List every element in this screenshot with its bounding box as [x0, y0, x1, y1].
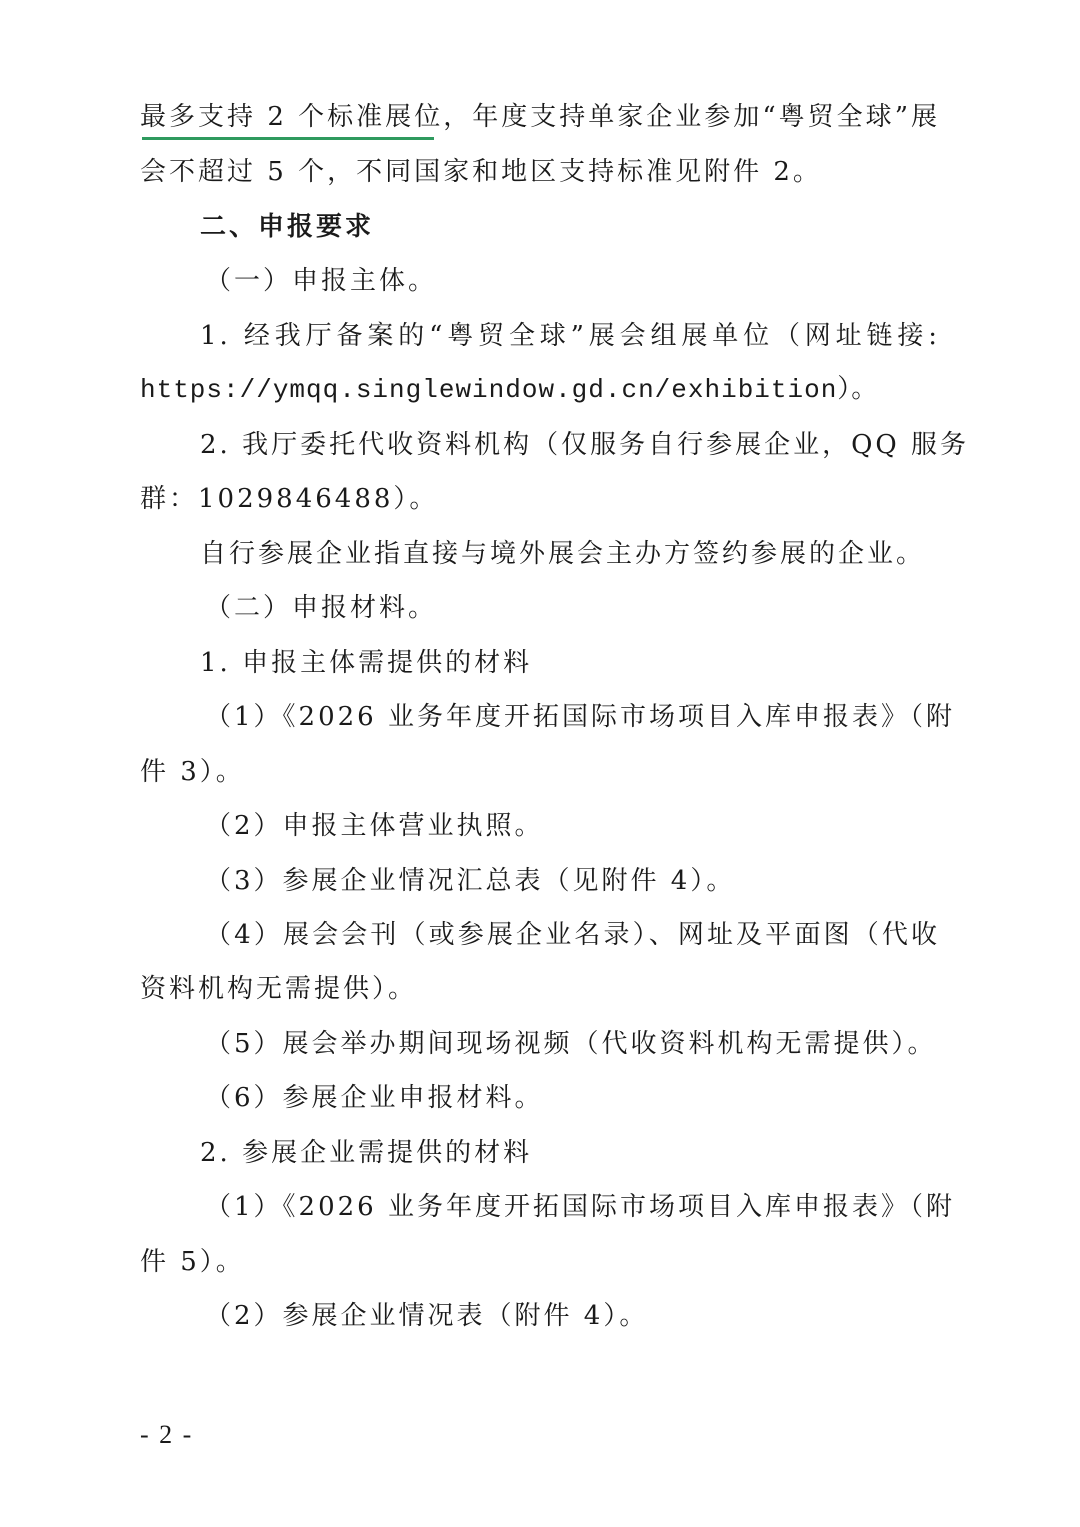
subsection-heading-materials: （二）申报材料。	[205, 591, 940, 625]
list-item: （2）参展企业情况表（附件 4）。	[205, 1299, 940, 1333]
section-heading-application-requirements: 二、申报要求	[200, 210, 940, 244]
list-item: （4）展会会刊（或参展企业名录）、网址及平面图（代收	[205, 918, 940, 952]
list-item-continuation: 件 5）。	[140, 1245, 940, 1279]
list-item-continuation: 资料机构无需提供）。	[140, 972, 940, 1006]
paragraph-line: 1. 经我厅备案的“粤贸全球”展会组展单位（网址链接:	[200, 319, 940, 353]
page-number: - 2 -	[140, 1420, 193, 1450]
qq-group-number-line: 群：1029846488）。	[140, 482, 940, 516]
document-page: 最多支持 2 个标准展位，年度支持单家企业参加“粤贸全球”展 会不超过 5 个，…	[0, 0, 1080, 1527]
list-item: （6）参展企业申报材料。	[205, 1081, 940, 1115]
list-item: （1）《2026 业务年度开拓国际市场项目入库申报表》（附	[205, 700, 940, 734]
list-item-continuation: 件 3）。	[140, 755, 940, 789]
paragraph-line: 最多支持 2 个标准展位，年度支持单家企业参加“粤贸全球”展	[140, 100, 940, 134]
paragraph-line: 自行参展企业指直接与境外展会主办方签约参展的企业。	[200, 537, 940, 571]
paragraph-line: 2. 我厅委托代收资料机构（仅服务自行参展企业，QQ 服务	[200, 428, 940, 462]
list-item: （5）展会举办期间现场视频（代收资料机构无需提供）。	[205, 1027, 940, 1061]
list-item: （1）《2026 业务年度开拓国际市场项目入库申报表》（附	[205, 1190, 940, 1224]
list-heading-exhibitor-materials: 2. 参展企业需提供的材料	[200, 1136, 940, 1170]
list-heading-applicant-materials: 1. 申报主体需提供的材料	[200, 646, 940, 680]
subsection-heading-applicant: （一）申报主体。	[205, 264, 940, 298]
url-link-text: https://ymqq.singlewindow.gd.cn/exhibiti…	[140, 373, 940, 407]
list-item: （3）参展企业情况汇总表（见附件 4）。	[205, 864, 940, 898]
list-item: （2）申报主体营业执照。	[205, 809, 940, 843]
green-underline-highlight	[142, 137, 434, 140]
paragraph-line: 会不超过 5 个，不同国家和地区支持标准见附件 2。	[140, 155, 940, 189]
